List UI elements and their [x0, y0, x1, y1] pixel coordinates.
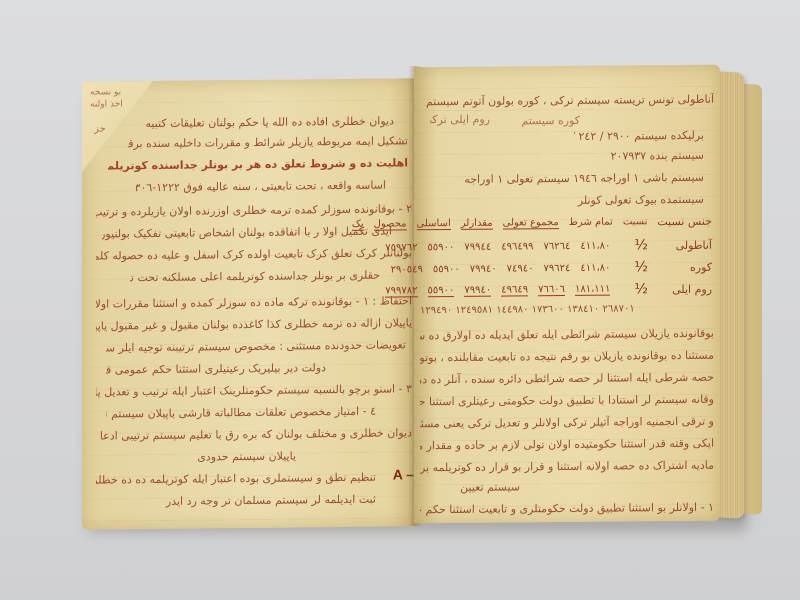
text-line: سیستم باشی ١ اوراجه ١٩٤٦ سیستم تعولی ١ ا…	[464, 171, 704, 186]
text-line: و ترقی انجمنیه اوراجه آتیلر ترکی اولانلر…	[420, 415, 714, 431]
row-label: آناطولی	[672, 238, 712, 251]
text-line: دولت دیر بیلیریک رعیتیلری استثنا حکم عمو…	[106, 361, 326, 376]
table-cell: ٤١١،٨٠	[580, 240, 610, 251]
table-cell: ١٨١،١١١	[575, 284, 610, 296]
text-line: تنظیم نطق و سیستملری بوده اعتبار ایله کو…	[96, 471, 376, 487]
text-line: سیستمده بیوک تعولی کونلر	[524, 193, 704, 208]
text-line: اهلیت ده و شروط تعلق ده هر بر بونلر جداس…	[108, 156, 408, 172]
row-label: کوره	[672, 260, 712, 273]
table-cell: ٧٩٩٤٠	[470, 263, 497, 274]
text-line: سیستم تعیین	[430, 480, 520, 494]
table-cell: ٧٩٩٧٨٢	[385, 285, 417, 297]
text-line: ایکی وقته قدر استثنا حکومتیده اولان تولی…	[420, 437, 714, 453]
text-line: ایدی تکمیل اولا ر با اتفاقده بولنان اشخا…	[102, 225, 392, 241]
row-fraction: ½	[634, 281, 648, 297]
table-header-cell: جنس نسبت	[657, 215, 712, 228]
text-line: آناطولی تونس تریسته سیستم ترکی ، کوره بو…	[424, 93, 714, 109]
table-cell: ٧٦٦٠٦	[538, 284, 565, 296]
text-line: ٢ - بوقانونده سوزلر کمده ترمه خطلری اوزر…	[96, 202, 412, 218]
table-cell: ٧٤٩٤٠	[507, 263, 534, 274]
text-line: مادیه اشتراک ده حصه اولانه استثنا و قرار…	[420, 459, 714, 475]
table-row: آناطولی ½ ٤١١،٨٠ ٧٦٢٦٤ ٤٩٦٤٩٩ ٧٩٩٤٤ ٥٥٩٠…	[385, 237, 712, 256]
table-cell: ٧٦٢٦٤	[543, 240, 570, 251]
left-page: بو نسخه اخذ اولنه جز دیوان خطلری افاده د…	[82, 78, 416, 529]
text-line: برلیکده سیستم ٢٩٠٠ / ٢٤٢ / ٥٣٪	[574, 129, 704, 143]
row-fraction: ½	[634, 237, 648, 253]
table-header-cell: تمام شرط	[569, 217, 613, 228]
text-line: بولنانلر کرک تعلق کرک تابعیت اولده کرک ا…	[96, 246, 412, 262]
table-cell: ٥٥٩٠٠	[428, 285, 455, 297]
table-header-cell: نسبت	[623, 216, 648, 227]
right-page: آناطولی تونس تریسته سیستم ترکی ، کوره بو…	[414, 65, 720, 524]
text-line: اساسه واقعه ، تحت تابعیتی ، سنه عالیه فو…	[136, 179, 386, 195]
text-line: ١ - اولانلر بو استثنا تطبیق دولت حکومتلر…	[420, 501, 714, 517]
table-cell: ٢٩٠٥٤٩	[391, 264, 423, 275]
text-line: حصه شرطی ایله استثنا لر حصه شرائطی دائره…	[420, 371, 714, 387]
text-line: روم ایلی ترکی	[430, 113, 490, 127]
table-header-cell: یک	[352, 218, 364, 230]
text-line: احتفاظ : ١ - بوقانونده ترکه ماده ده سوزل…	[96, 294, 412, 310]
table-row: روم ایلی ½ ١٨١،١١١ ٧٦٦٠٦ ٤٩٦٤٩ ٧٩٩٤٠ ٥٥٩…	[385, 281, 712, 300]
text-line: یاپیلان ازاله ده ترمه خطلری کذا کاغذده ب…	[96, 316, 412, 332]
corner-note-2: اخذ اولنه	[90, 99, 123, 109]
table-cell: ٧٩٩٤٠	[464, 285, 491, 297]
text-line: کوره سیستم	[510, 114, 580, 128]
text-line: ثبت ایدیلمه لر سیستم مسلمان تر وجه رد ای…	[136, 493, 376, 509]
table-header-cell: محصول	[374, 218, 407, 230]
text-line: دیوان خطلری افاده ده الله یا حکم بولنان …	[144, 114, 394, 130]
table-header-cell: اساسلی	[417, 218, 451, 230]
text-line: سیستم بنده ٢٠٧٩٣٧	[594, 149, 704, 163]
text-line: مستثنا ده بوقانونده یازیلان بو رقم نتیجه…	[420, 349, 714, 365]
table-cell: ٥٥٩٠٠	[433, 263, 460, 274]
row-label: روم ایلی	[672, 282, 712, 295]
text-line: یاپیلان سیستم حدودی	[106, 450, 296, 465]
text-line: تعویضات حدودنده مستثنی : مخصوص سیستم ترت…	[106, 338, 406, 354]
table-total-row: ٢٦٨٧٠١ ١٣٨٤١٠ ١٧٣٦٠٠ ١٤٤٩٨٠ ١٢٤٩٥٨١ ١٢٩٤…	[420, 303, 640, 316]
table-header-cell: مقدارلر	[461, 217, 493, 229]
corner-note-1: بو نسخه	[90, 87, 121, 97]
table-cell: ٥٥٩٠٠	[428, 241, 455, 252]
margin-mark: جز	[94, 124, 106, 135]
text-line: تشکیل ایمه مربوطه یازیلر شرائط و مقررات …	[128, 134, 408, 150]
text-line: ٤ - امتیاز مخصوص تعلقات مطالباته قارشی ی…	[106, 405, 376, 421]
table-cell: ٧٩٦٢٤	[543, 262, 570, 273]
table-cell: ٧٩٩٤٤	[464, 241, 491, 252]
text-line: وقانه سیستم لر استنادا با تطبیق دولت حکو…	[420, 393, 714, 409]
table-cell: ٤١١،٨٠	[580, 262, 610, 273]
table-cell: ٤٩٦٤٩	[501, 284, 528, 296]
page-stack-edges	[716, 71, 744, 518]
row-fraction: ½	[634, 259, 648, 275]
table-cell: ٧٥٩٧٦٢	[385, 242, 417, 253]
table-cell: ٤٩٦٤٩٩	[501, 241, 533, 252]
table-header-cell: مجموع تعولی	[503, 217, 559, 229]
text-line: دیوان خطلری و مختلف بولنان که بره رق با …	[96, 426, 412, 442]
table-header: جنس نسبت نسبت تمام شرط مجموع تعولی مقدار…	[352, 215, 712, 231]
text-line: حقلری بر بونلر جداسنده کوتریلمه اعلی مسل…	[130, 269, 380, 285]
text-line: بوقانونده یازیلان سیستم شرائطی ایله تعلق…	[420, 327, 714, 343]
table-row: کوره ½ ٤١١،٨٠ ٧٩٦٢٤ ٧٤٩٤٠ ٧٩٩٤٠ ٥٥٩٠٠ ٢٩…	[391, 259, 712, 278]
text-line: ٣ - اسنو برچو بالنسبه سیستم حکومتلرینک ا…	[96, 382, 412, 398]
